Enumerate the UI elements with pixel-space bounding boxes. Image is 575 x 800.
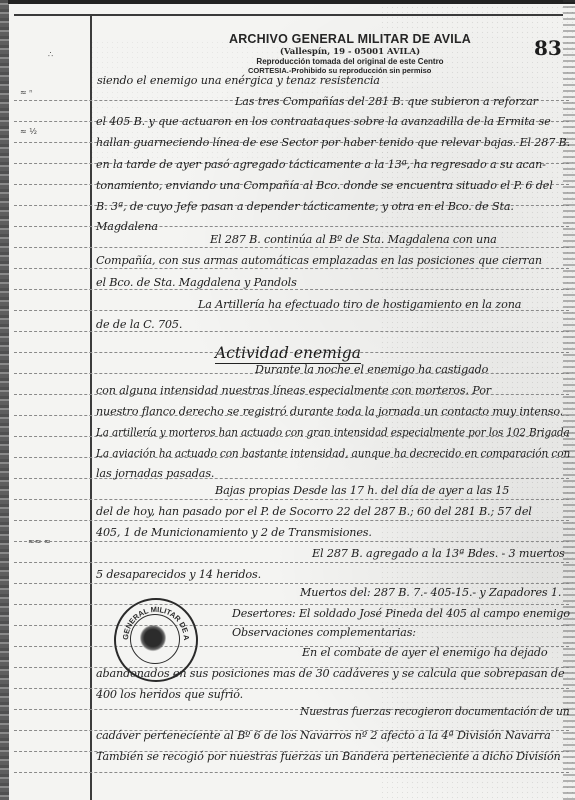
handwritten-line: Compañía, con sus armas automáticas empl…: [96, 254, 542, 267]
ruled-line: [14, 520, 569, 521]
page-left-edge: [0, 0, 9, 800]
page-right-edge: [563, 0, 575, 800]
margin-mark: ∴: [48, 50, 53, 59]
section-heading-actividad-enemiga: Actividad enemiga: [215, 344, 361, 364]
ruled-line: [14, 583, 569, 584]
handwritten-line: siendo el enemigo una enérgica y tenaz r…: [97, 74, 380, 87]
coat-of-arms-icon: [140, 624, 166, 652]
margin-mark: ≈ ½: [20, 127, 37, 136]
handwritten-line: cadáver perteneciente al Bº 6 de los Nav…: [96, 729, 551, 742]
handwritten-line: Durante la noche el enemigo ha castigado: [255, 363, 488, 376]
handwritten-line: Magdalena: [96, 220, 158, 233]
handwritten-line: También se recogió por nuestras fuerzas …: [96, 750, 561, 763]
reproduction-note: Reproducción tomada del original de este…: [200, 57, 500, 66]
page-top-rule: [14, 14, 563, 16]
handwritten-line: El 287 B. continúa al Bº de Sta. Magdale…: [210, 233, 497, 246]
handwritten-line: 405, 1 de Municionamiento y 2 de Transmi…: [96, 526, 372, 539]
ruled-line: [14, 247, 569, 248]
ruled-line: [14, 541, 569, 542]
handwritten-line: el 405 B. y que actuaron en los contraat…: [96, 115, 551, 128]
handwritten-line: Nuestras fuerzas recogieron documentació…: [300, 705, 559, 718]
handwritten-line: Observaciones complementarias:: [232, 626, 416, 639]
archive-title: ARCHIVO GENERAL MILITAR DE AVILA: [200, 32, 500, 46]
margin-mark: ≈ ⁿ: [20, 88, 32, 97]
handwritten-line: nuestro flanco derecho se registró duran…: [96, 405, 563, 418]
handwritten-line: La artillería y morteros han actuado con…: [96, 426, 536, 439]
ruled-line: [14, 499, 569, 500]
handwritten-line: las jornadas pasadas.: [96, 467, 214, 480]
handwritten-line: del de hoy, han pasado por el P. de Soco…: [96, 505, 532, 518]
handwritten-line: Muertos del: 287 B. 7.- 405-15.- y Zapad…: [300, 586, 561, 599]
ruled-line: [14, 562, 569, 563]
ruled-line: [14, 289, 569, 290]
handwritten-line: El 287 B. agregado a la 13ª Bdes. - 3 mu…: [312, 547, 565, 560]
ruled-line: [14, 772, 569, 773]
ruled-line: [14, 268, 569, 269]
ruled-line: [14, 604, 569, 605]
archive-seal: GENERAL MILITAR DE AVILA · ARCHIVO: [114, 598, 198, 682]
handwritten-line: 400 los heridos que sufrió.: [96, 688, 243, 701]
handwritten-line: hallan guarneciendo línea de ese Sector …: [96, 136, 569, 149]
handwritten-line: En el combate de ayer el enemigo ha deja…: [302, 646, 547, 659]
handwritten-line: el Bco. de Sta. Magdalena y Pandols: [96, 276, 297, 289]
handwritten-line: Desertores: El soldado José Pineda del 4…: [232, 607, 566, 620]
handwritten-line: La aviación ha actuado con bastante inte…: [96, 447, 544, 460]
handwritten-line: Las tres Compañías del 281 B. que subier…: [235, 95, 538, 108]
archive-stamp: ARCHIVO GENERAL MILITAR DE AVILA (Valles…: [200, 32, 500, 75]
handwritten-line: en la tarde de ayer pasó agregado táctic…: [96, 158, 546, 171]
ruled-line: [14, 331, 569, 332]
handwritten-line: de de la C. 705.: [96, 318, 182, 331]
archive-address: (Vallespín, 19 - 05001 AVILA): [200, 47, 500, 57]
page-number: 83: [534, 36, 562, 60]
handwritten-line: 5 desaparecidos y 14 heridos.: [96, 568, 261, 581]
page-top-border: [8, 0, 575, 4]
margin-vertical-line: [90, 16, 92, 800]
handwritten-line: Bajas propias Desde las 17 h. del día de…: [215, 484, 509, 497]
handwritten-line: La Artillería ha efectuado tiro de hosti…: [198, 298, 521, 311]
handwritten-line: con alguna intensidad nuestras líneas es…: [96, 384, 491, 397]
document-page: ARCHIVO GENERAL MILITAR DE AVILA (Valles…: [0, 0, 575, 800]
handwritten-line: B. 3ª, de cuyo Jefe pasan a depender tác…: [96, 200, 514, 213]
margin-mark: ≈≈ ≈: [28, 537, 51, 546]
handwritten-line: tonamiento, enviando una Compañía al Bco…: [96, 179, 553, 192]
